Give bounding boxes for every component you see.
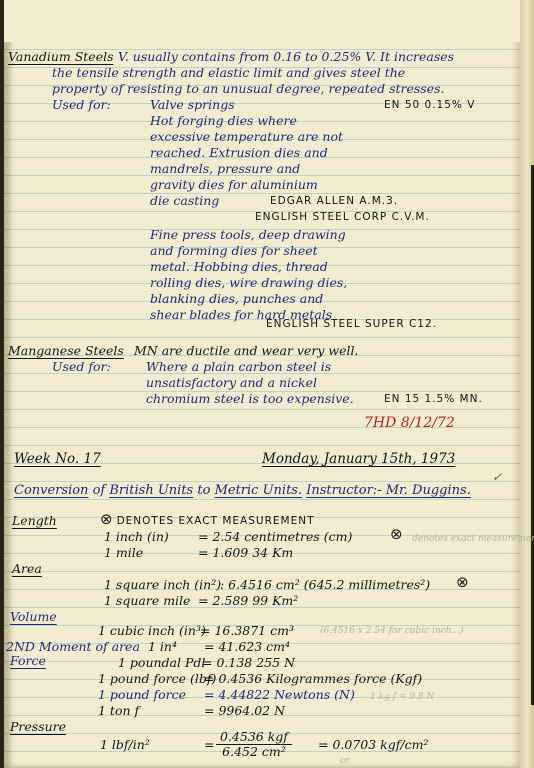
row-in4-rhs: = 41.623 cm⁴ [204,640,290,654]
row-sq-inch-rhs: : 6.4516 cm² (645.2 millimetres²) [220,578,430,592]
row-inch-rhs: = 2.54 centimetres (cm) [198,530,352,544]
vanadium-used-for-label: Used for: [52,98,111,112]
row-inch-lhs: 1 inch (in) [104,530,169,544]
vanadium-use-a4: mandrels, pressure and [150,162,300,176]
vanadium-use-a6: die casting [150,194,219,208]
row-mile-lhs: 1 mile [104,546,143,560]
vanadium-use-b4: blanking dies, punches and [150,292,323,306]
vanadium-spec-3: ENGLISH STEEL CORP C.V.M. [255,210,430,224]
vanadium-spec-2: EDGAR ALLEN A.M.3. [270,194,398,208]
section-volume: Volume [10,610,57,624]
row-poundal-lhs: 1 poundal Pdl [118,656,205,670]
row-pound-force-n-rhs: = 4.44822 Newtons (N) [204,688,355,702]
row-psi-eq: = [204,738,214,752]
vanadium-spec-1: EN 50 0.15% V [384,98,475,112]
lesson-date: Monday, January 15th, 1973 [262,452,455,466]
vanadium-use-b3: rolling dies, wire drawing dies, [150,276,347,290]
row-poundal-rhs: = 0.138 255 N [202,656,295,670]
row-sq-inch-lhs: 1 square inch (in²) [104,578,221,592]
exact-note-text: DENOTES EXACT MEASUREMENT [117,515,315,527]
week-number: Week No. 17 [14,452,101,466]
vanadium-line-3: property of resisting to an unusual degr… [52,82,445,96]
vanadium-heading: Vanadium Steels [8,50,114,64]
row-in4-lhs: 1 in⁴ [148,640,177,654]
vanadium-use-a0: Valve springs [150,98,235,112]
lesson-title-part: of [93,483,106,498]
vanadium-use-b0: Fine press tools, deep drawing [150,228,346,242]
vanadium-use-b2: metal. Hobbing dies, thread [150,260,328,274]
exact-measurement-icon: ⊗ [100,510,113,528]
manganese-use-2: chromium steel is too expensive. [146,392,354,406]
faint-note: denotes exact measurement [412,532,534,546]
exact-measurement-icon: ⊗ [390,527,403,541]
row-psi-lhs: 1 lbf/in² [100,738,150,752]
row-pound-force-kg-lhs: 1 pound force (lbf) [98,672,216,686]
faint-note: (6.4516 x 2.54 for cubic inch...) [320,624,464,638]
vanadium-line-2: the tensile strength and elastic limit a… [52,66,405,80]
row-sq-mile-rhs: = 2.589 99 Km² [198,594,298,608]
vanadium-use-a3: reached. Extrusion dies and [150,146,328,160]
row-cubic-inch-rhs: = 16.3871 cm³ [200,624,294,638]
manganese-line-1: MN are ductile and wear very well. [134,344,358,358]
section-pressure: Pressure [10,720,66,734]
check-mark-icon: ✓ [492,470,502,484]
manganese-use-1: unsatisfactory and a nickel [146,376,317,390]
faint-note: 1 kg f = 9.8 N [370,690,434,704]
section-force: Force [10,654,46,668]
lesson-title-part: Metric Units. [215,483,303,498]
exact-measurement-icon: ⊗ [456,575,469,589]
manganese-spec: EN 15 1.5% MN. [384,392,483,406]
lesson-title-part: British Units [109,483,193,498]
lesson-title-part: Conversion [14,483,88,498]
section-area: Area [12,562,42,576]
faint-note: or [340,754,350,768]
row-ton-force-lhs: 1 ton f [98,704,139,718]
lesson-title-instructor: Instructor:- Mr. Duggins. [306,483,471,498]
section-length: Length [12,514,57,528]
row-psi-fraction: 0.4536 kgf 6.452 cm² [216,730,292,759]
vanadium-line-1: V. usually contains from 0.16 to 0.25% V… [118,50,454,64]
manganese-heading: Manganese Steels [8,344,124,358]
instructor-signoff: 7HD 8/12/72 [364,416,455,430]
manganese-use-0: Where a plain carbon steel is [146,360,331,374]
row-pound-force-n-lhs: 1 pound force [98,688,186,702]
lesson-title: Conversion of British Units to Metric Un… [14,484,471,498]
row-ton-force-rhs: = 9964.02 N [204,704,285,718]
vanadium-use-a2: excessive temperature are not [150,130,343,144]
vanadium-use-b1: and forming dies for sheet [150,244,318,258]
vanadium-use-a5: gravity dies for aluminium [150,178,318,192]
fraction-numerator: 0.4536 kgf [216,730,292,745]
row-pound-force-kg-rhs: = 0.4536 Kilogrammes force (Kgf) [204,672,422,686]
row-sq-mile-lhs: 1 square mile [104,594,190,608]
row-psi-rhs: = 0.0703 kgf/cm² [318,738,428,752]
lesson-title-part: to [197,483,210,498]
row-mile-rhs: = 1.609 34 Km [198,546,293,560]
row-cubic-inch-lhs: 1 cubic inch (in³) [98,624,206,638]
vanadium-use-a1: Hot forging dies where [150,114,297,128]
fraction-denominator: 6.452 cm² [216,745,292,759]
section-second-moment: 2ND Moment of area [6,640,140,654]
manganese-used-for-label: Used for: [52,360,111,374]
vanadium-spec-4: ENGLISH STEEL SUPER C12. [266,317,437,331]
exact-note: ⊗ DENOTES EXACT MEASUREMENT [100,512,314,528]
